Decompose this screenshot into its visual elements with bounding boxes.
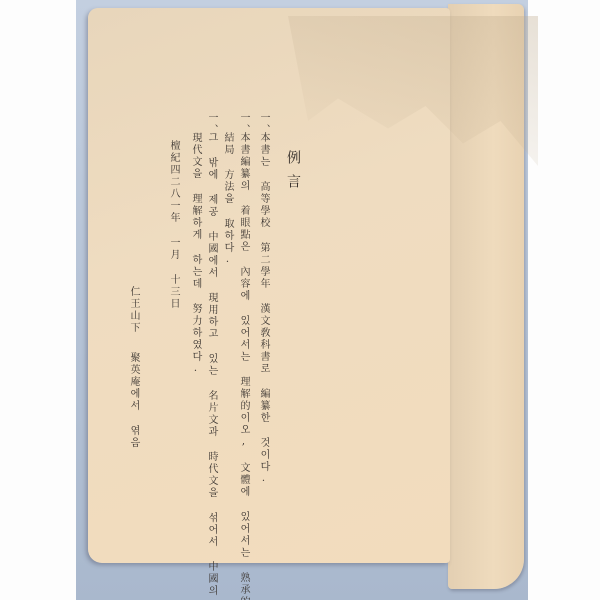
book-page xyxy=(88,8,450,563)
item-2-text-line1: 本書編纂의 着眼點은 內容에 있어서는 理解的이오, 文體에 있어서는 熟承的 xyxy=(238,132,248,600)
item-3-text-line2: 現代文을 理解하게 하는데 努力하였다. xyxy=(190,132,200,376)
item-1-text: 本書는 高等學校 第二學年 漢文敎科書로 編纂한 것이다. xyxy=(258,132,268,486)
background-right xyxy=(528,0,600,600)
author-line: 聚英庵에서 엮음 xyxy=(128,352,138,449)
page-title: 例言 xyxy=(286,150,300,198)
place-line: 仁王山下 xyxy=(128,286,138,334)
item-2-text-line2: 結局 方法을 取하다. xyxy=(222,132,232,267)
background-left xyxy=(0,0,76,600)
item-3-text-line1: 그 밖에 제공 中國에서 現用하고 있는 名片文과 時代文을 섞어서 中國의 xyxy=(206,132,216,597)
date-line: 檀紀四二八一年 一月 十三日 xyxy=(168,140,178,310)
